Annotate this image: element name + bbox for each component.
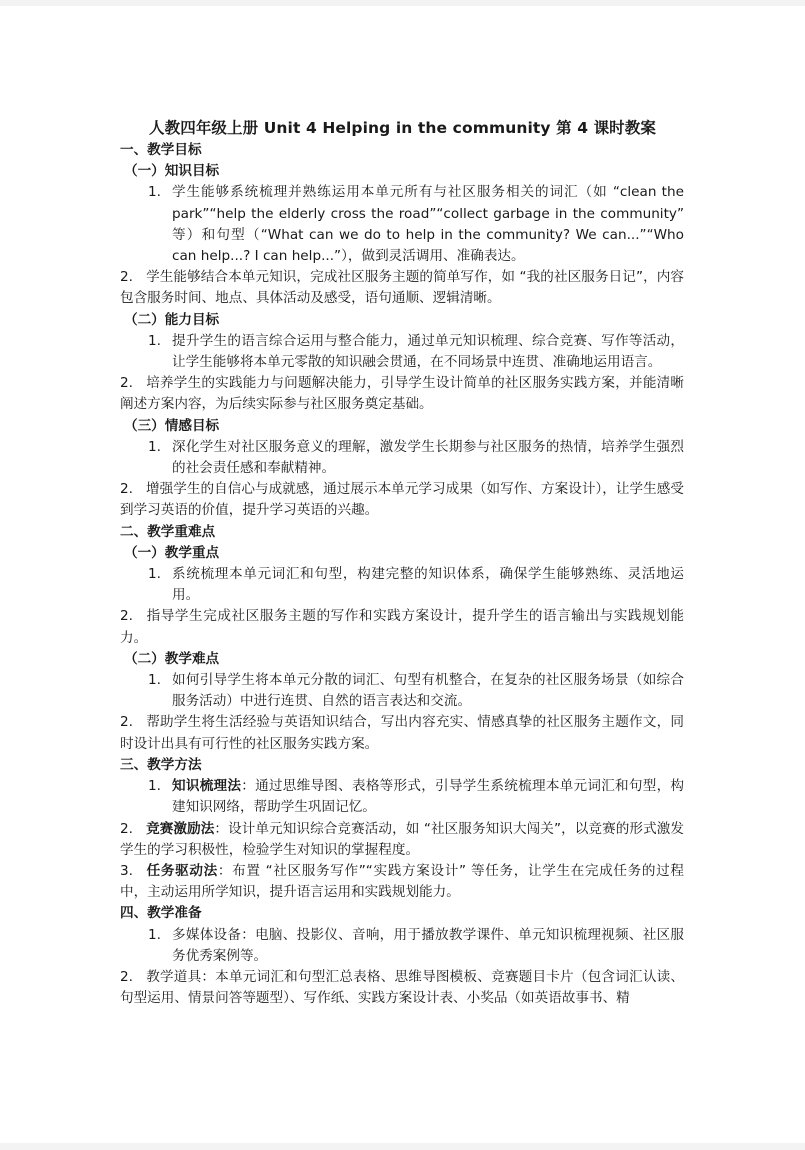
list-number: 1.: [148, 182, 161, 203]
subsection-heading: （一）知识目标: [120, 161, 684, 182]
section-heading: 一、教学目标: [120, 140, 684, 161]
document-page: 人教四年级上册 Unit 4 Helping in the community …: [0, 6, 805, 1143]
list-text: 深化学生对社区服务意义的理解，激发学生长期参与社区服务的热情，培养学生强烈的社会…: [172, 439, 684, 476]
list-number: 1.: [148, 437, 161, 458]
paragraph-item: 2.帮助学生将生活经验与英语知识结合，写出内容充实、情感真挚的社区服务主题作文，…: [120, 712, 684, 754]
list-number: 1.: [148, 564, 161, 585]
paragraph-item: 2.培养学生的实践能力与问题解决能力，引导学生设计简单的社区服务实践方案，并能清…: [120, 373, 684, 415]
list-number: 2.: [120, 267, 146, 288]
list-number: 1.: [148, 925, 161, 946]
list-item: 1. 如何引导学生将本单元分散的词汇、句型有机整合，在复杂的社区服务场景（如综合…: [120, 670, 684, 712]
document-body: 一、教学目标 （一）知识目标 1. 学生能够系统梳理并熟练运用本单元所有与社区服…: [120, 140, 684, 1009]
list-number: 2.: [120, 479, 146, 500]
list-number: 3.: [120, 861, 146, 882]
section-heading: 二、教学重难点: [120, 522, 684, 543]
list-text: 指导学生完成社区服务主题的写作和实践方案设计，提升学生的语言输出与实践规划能力。: [120, 608, 684, 645]
paragraph-item: 2.学生能够结合本单元知识，完成社区服务主题的简单写作，如 “我的社区服务日记”…: [120, 267, 684, 309]
list-number: 1.: [148, 670, 161, 691]
list-number: 1.: [148, 776, 161, 797]
list-text: 培养学生的实践能力与问题解决能力，引导学生设计简单的社区服务实践方案，并能清晰阐…: [120, 375, 684, 412]
list-number: 2.: [120, 712, 146, 733]
list-number: 2.: [120, 819, 146, 840]
list-text: 多媒体设备：电脑、投影仪、音响，用于播放教学课件、单元知识梳理视频、社区服务优秀…: [172, 927, 684, 964]
list-number: 1.: [148, 331, 161, 352]
list-text: ：通过思维导图、表格等形式，引导学生系统梳理本单元词汇和句型，构建知识网络，帮助…: [172, 778, 684, 815]
list-item: 1. 深化学生对社区服务意义的理解，激发学生长期参与社区服务的热情，培养学生强烈…: [120, 437, 684, 479]
list-text: 增强学生的自信心与成就感，通过展示本单元学习成果（如写作、方案设计），让学生感受…: [120, 481, 684, 518]
list-item: 1. 多媒体设备：电脑、投影仪、音响，用于播放教学课件、单元知识梳理视频、社区服…: [120, 925, 684, 967]
paragraph-item: 2.竞赛激励法：设计单元知识综合竞赛活动，如 “社区服务知识大闯关”，以竞赛的形…: [120, 819, 684, 861]
document-title: 人教四年级上册 Unit 4 Helping in the community …: [0, 116, 805, 140]
subsection-heading: （三）情感目标: [120, 416, 684, 437]
subsection-heading: （二）能力目标: [120, 310, 684, 331]
list-text: 如何引导学生将本单元分散的词汇、句型有机整合，在复杂的社区服务场景（如综合服务活…: [172, 672, 684, 709]
method-name: 任务驱动法: [146, 863, 218, 879]
list-item: 1. 提升学生的语言综合运用与整合能力，通过单元知识梳理、综合竞赛、写作等活动，…: [120, 331, 684, 373]
list-text: 系统梳理本单元词汇和句型，构建完整的知识体系，确保学生能够熟练、灵活地运用。: [172, 566, 684, 603]
method-name: 竞赛激励法: [146, 821, 214, 837]
list-number: 2.: [120, 606, 146, 627]
section-heading: 四、教学准备: [120, 903, 684, 924]
subsection-heading: （一）教学重点: [120, 543, 684, 564]
paragraph-item: 2.指导学生完成社区服务主题的写作和实践方案设计，提升学生的语言输出与实践规划能…: [120, 606, 684, 648]
method-name: 知识梳理法: [172, 778, 241, 794]
list-text: 教学道具：本单元词汇和句型汇总表格、思维导图模板、竞赛题目卡片（包含词汇认读、句…: [120, 969, 684, 1006]
list-text: 学生能够结合本单元知识，完成社区服务主题的简单写作，如 “我的社区服务日记”，内…: [120, 269, 684, 306]
list-item: 1. 学生能够系统梳理并熟练运用本单元所有与社区服务相关的词汇（如 “clean…: [120, 182, 684, 267]
list-number: 2.: [120, 967, 146, 988]
paragraph-item: 2.增强学生的自信心与成就感，通过展示本单元学习成果（如写作、方案设计），让学生…: [120, 479, 684, 521]
subsection-heading: （二）教学难点: [120, 649, 684, 670]
paragraph-item: 3.任务驱动法：布置 “社区服务写作”“实践方案设计” 等任务，让学生在完成任务…: [120, 861, 684, 903]
list-item: 1. 知识梳理法：通过思维导图、表格等形式，引导学生系统梳理本单元词汇和句型，构…: [120, 776, 684, 818]
list-text: 提升学生的语言综合运用与整合能力，通过单元知识梳理、综合竞赛、写作等活动，让学生…: [172, 333, 684, 370]
paragraph-item: 2.教学道具：本单元词汇和句型汇总表格、思维导图模板、竞赛题目卡片（包含词汇认读…: [120, 967, 684, 1009]
section-heading: 三、教学方法: [120, 755, 684, 776]
list-text: 帮助学生将生活经验与英语知识结合，写出内容充实、情感真挚的社区服务主题作文，同时…: [120, 714, 684, 751]
list-number: 2.: [120, 373, 146, 394]
list-item: 1. 系统梳理本单元词汇和句型，构建完整的知识体系，确保学生能够熟练、灵活地运用…: [120, 564, 684, 606]
list-text: 学生能够系统梳理并熟练运用本单元所有与社区服务相关的词汇（如 “clean th…: [172, 184, 684, 264]
